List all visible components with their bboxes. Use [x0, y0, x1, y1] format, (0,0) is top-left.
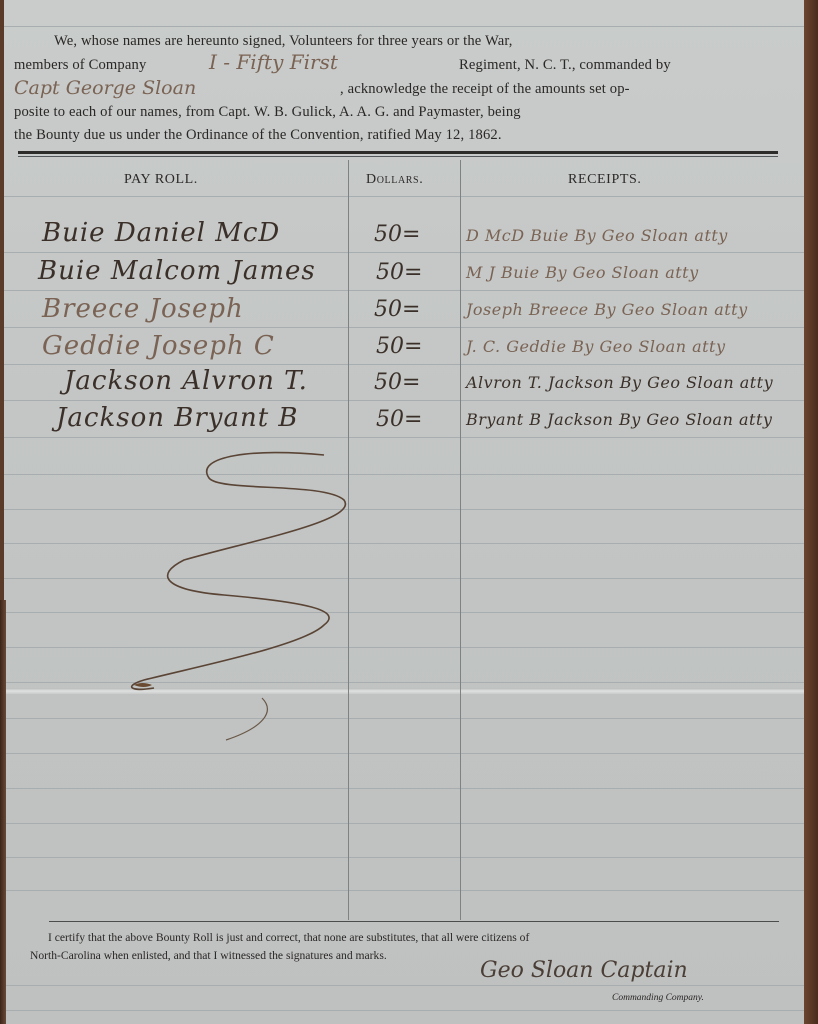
certification-line-2: North-Carolina when enlisted, and that I…: [30, 946, 387, 965]
certification-line-1: I certify that the above Bounty Roll is …: [48, 928, 529, 947]
table-surface-right: [804, 0, 818, 1024]
bounty-roll-sheet: We, whose names are hereunto signed, Vol…: [4, 0, 804, 1024]
closing-flourish: [4, 0, 804, 1024]
captain-signature: Geo Sloan Captain: [480, 958, 688, 983]
signature-caption: Commanding Company.: [612, 993, 704, 1003]
table-surface-left: [0, 600, 6, 1024]
